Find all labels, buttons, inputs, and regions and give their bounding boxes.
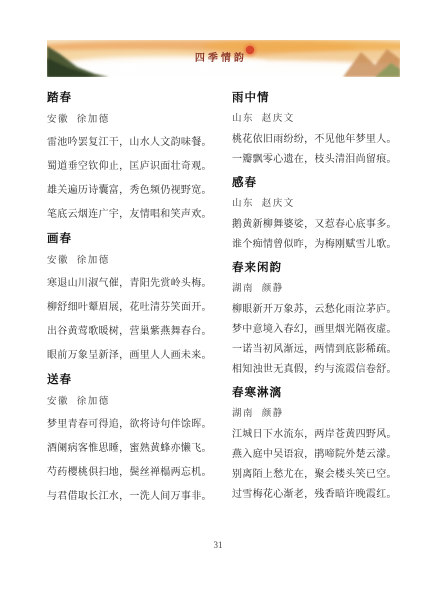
- poem-line: 雄关遍历诗囊富，秀色频仍视野宽。: [47, 185, 215, 196]
- banner-title: 四季情韵: [195, 49, 247, 64]
- poem-author: 安徽 徐加德: [47, 115, 215, 126]
- poem-lines: 江城日下水流东，两岸苍黄四野风。燕入庭中吴语寂，鹃啼院外楚云濛。别离陌上愁尤在，…: [232, 429, 400, 500]
- poem-line: 过雪梅花心渐老，残香暗许晚霞红。: [232, 489, 400, 500]
- poem-lines: 雷池吟罢复江干，山水人文韵味餐。蜀道垂空钦仰止，匡庐识面壮奇观。雄关遍历诗囊富，…: [47, 137, 215, 220]
- right-column: 雨中情 山东 赵庆文 桃花依旧雨纷纷，不见他年梦里人。一瓣飘零心遗在，枝头清泪尚…: [232, 92, 400, 515]
- poem-line: 蜀道垂空钦仰止，匡庐识面壮奇观。: [47, 161, 215, 172]
- poem-line: 别离陌上愁尤在，聚会楼头笑已空。: [232, 469, 400, 480]
- poem-line: 眼前万象呈新泽，画里人人画未来。: [47, 350, 215, 361]
- book-page: 四季情韵 踏春 安徽 徐加德 雷池吟罢复江干，山水人文韵味餐。蜀道垂空钦仰止，匡…: [0, 0, 436, 600]
- poem-title: 雨中情: [232, 92, 400, 105]
- poem-lines: 寒退山川淑气催，青阳先赏岭头梅。柳舒细叶颦眉展，花吐清芬笑面开。出谷黄莺歌暖树，…: [47, 278, 215, 361]
- header-banner-image: 四季情韵: [47, 40, 400, 77]
- poem-line: 一瓣飘零心遗在，枝头清泪尚留痕。: [232, 154, 400, 165]
- left-column: 踏春 安徽 徐加德 雷池吟罢复江干，山水人文韵味餐。蜀道垂空钦仰止，匡庐识面壮奇…: [47, 92, 215, 515]
- poem-line: 出谷黄莺歌暖树，营巢紫燕舞春台。: [47, 326, 215, 337]
- poem-lines: 鹅黄新柳舞婆娑，又惹春心底事多。谁个痴情曾似昨，为梅刚赋雪儿歌。: [232, 219, 400, 250]
- poem-title: 春寒淋漓: [232, 387, 400, 400]
- poem-line: 谁个痴情曾似昨，为梅刚赋雪儿歌。: [232, 239, 400, 250]
- poem-line: 鹅黄新柳舞婆娑，又惹春心底事多。: [232, 219, 400, 230]
- poem-line: 笔底云烟连广宇，友情唱和笑声欢。: [47, 209, 215, 220]
- poem-title: 画春: [47, 233, 215, 246]
- poem-lines: 梦里青春可得追，欲将诗句伴馀晖。酒阑病客惟思睡，蜜熟黄蜂亦懒飞。芍药樱桃俱扫地，…: [47, 419, 215, 502]
- poem-line: 芍药樱桃俱扫地，鬓丝禅榻两忘机。: [47, 467, 215, 478]
- poem-title: 感春: [232, 177, 400, 190]
- poem-author: 湖南 颜静: [232, 409, 400, 420]
- poem-section: 画春 安徽 徐加德 寒退山川淑气催，青阳先赏岭头梅。柳舒细叶颦眉展，花吐清芬笑面…: [47, 233, 215, 361]
- poem-line: 梦中意境入春幻，画里烟光隔夜虚。: [232, 324, 400, 335]
- poem-title: 踏春: [47, 92, 215, 105]
- poem-line: 柳舒细叶颦眉展，花吐清芬笑面开。: [47, 302, 215, 313]
- poem-author: 安徽 徐加德: [47, 256, 215, 267]
- poem-line: 燕入庭中吴语寂，鹃啼院外楚云濛。: [232, 449, 400, 460]
- poem-title: 送春: [47, 374, 215, 387]
- poem-line: 与君借取长江水，一洗人间万事非。: [47, 491, 215, 502]
- poem-line: 柳眼新开万象苏，云愁化雨泣茅庐。: [232, 304, 400, 315]
- poem-lines: 桃花依旧雨纷纷，不见他年梦里人。一瓣飘零心遗在，枝头清泪尚留痕。: [232, 134, 400, 165]
- poem-line: 寒退山川淑气催，青阳先赏岭头梅。: [47, 278, 215, 289]
- poem-author: 山东 赵庆文: [232, 114, 400, 125]
- poem-line: 酒阑病客惟思睡，蜜熟黄蜂亦懒飞。: [47, 443, 215, 454]
- poem-section: 送春 安徽 徐加德 梦里青春可得追，欲将诗句伴馀晖。酒阑病客惟思睡，蜜熟黄蜂亦懒…: [47, 374, 215, 502]
- page-number: 31: [0, 540, 436, 550]
- poem-author: 安徽 徐加德: [47, 397, 215, 408]
- poem-line: 梦里青春可得追，欲将诗句伴馀晖。: [47, 419, 215, 430]
- poem-title: 春来闲韵: [232, 262, 400, 275]
- poem-line: 桃花依旧雨纷纷，不见他年梦里人。: [232, 134, 400, 145]
- poem-line: 相知浊世无真假，约与流霞信卷舒。: [232, 364, 400, 375]
- poem-author: 湖南 颜静: [232, 284, 400, 295]
- poem-author: 山东 赵庆文: [232, 199, 400, 210]
- poems-content: 踏春 安徽 徐加德 雷池吟罢复江干，山水人文韵味餐。蜀道垂空钦仰止，匡庐识面壮奇…: [47, 92, 400, 515]
- poem-section: 雨中情 山东 赵庆文 桃花依旧雨纷纷，不见他年梦里人。一瓣飘零心遗在，枝头清泪尚…: [232, 92, 400, 165]
- sun-icon: [246, 46, 254, 54]
- poem-section: 踏春 安徽 徐加德 雷池吟罢复江干，山水人文韵味餐。蜀道垂空钦仰止，匡庐识面壮奇…: [47, 92, 215, 220]
- poem-section: 感春 山东 赵庆文 鹅黄新柳舞婆娑，又惹春心底事多。谁个痴情曾似昨，为梅刚赋雪儿…: [232, 177, 400, 250]
- poem-line: 一诺当初风渐远，两情到底影稀疏。: [232, 344, 400, 355]
- poem-line: 江城日下水流东，两岸苍黄四野风。: [232, 429, 400, 440]
- poem-line: 雷池吟罢复江干，山水人文韵味餐。: [47, 137, 215, 148]
- poem-lines: 柳眼新开万象苏，云愁化雨泣茅庐。梦中意境入春幻，画里烟光隔夜虚。一诺当初风渐远，…: [232, 304, 400, 375]
- poem-section: 春来闲韵 湖南 颜静 柳眼新开万象苏，云愁化雨泣茅庐。梦中意境入春幻，画里烟光隔…: [232, 262, 400, 375]
- poem-section: 春寒淋漓 湖南 颜静 江城日下水流东，两岸苍黄四野风。燕入庭中吴语寂，鹃啼院外楚…: [232, 387, 400, 500]
